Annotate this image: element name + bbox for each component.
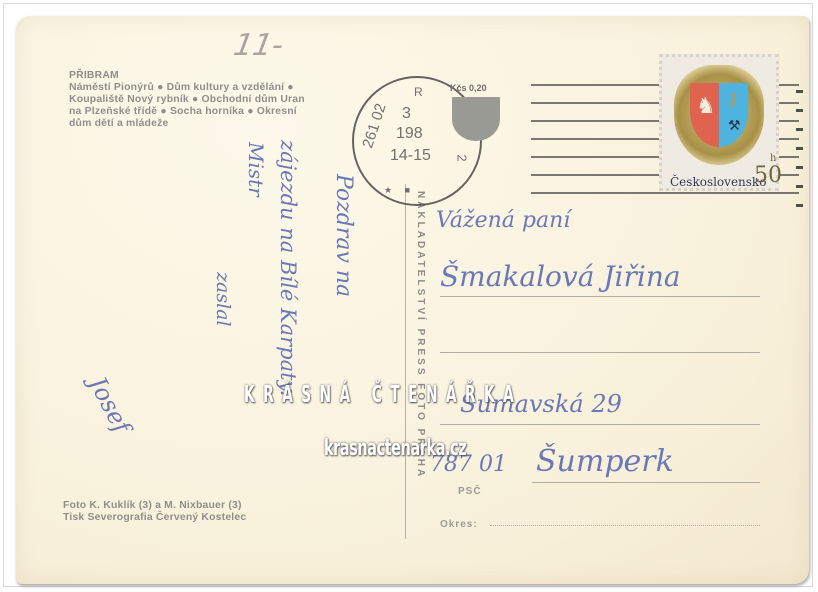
- pencil-note: 11-: [231, 28, 286, 63]
- message-line: Pozdrav na: [331, 174, 356, 297]
- postage-shield-icon: [452, 97, 500, 141]
- postage-stamp: ♞ ⚷⚒ Československo 50 h: [659, 54, 779, 191]
- signature: Josef: [83, 372, 136, 438]
- okres-line: [490, 525, 760, 526]
- postmark-place-number: 261 02: [360, 102, 389, 151]
- postmark-date-2: 198: [396, 126, 423, 142]
- postmark-side: 2: [454, 154, 470, 161]
- watermark-url: krasnactenarka.cz: [324, 436, 466, 461]
- postmark-time: 14-15: [390, 148, 431, 164]
- caption-line: Náměstí Pionýrů ● Dům kultury a vzdělání…: [69, 82, 305, 94]
- stamp-unit: h: [770, 153, 776, 164]
- postmark-top: R: [414, 84, 423, 100]
- credit-line: Foto K. Kuklík (3) a M. Nixbauer (3): [63, 500, 246, 512]
- postmark-date-1: 3: [402, 106, 411, 122]
- hammers-icon: ⚒: [728, 117, 741, 134]
- message-line: zaslal: [212, 272, 234, 327]
- caption-line: na Plzeňské třídě ● Socha horníka ● Okre…: [69, 106, 305, 118]
- photo-credits: Foto K. Kuklík (3) a M. Nixbauer (3) Tis…: [63, 500, 246, 524]
- caption-places: Náměstí Pionýrů ● Dům kultury a vzdělání…: [69, 82, 305, 130]
- address-line: [440, 296, 760, 297]
- address-line: [532, 482, 760, 483]
- watermark-title: KRÁSNÁ ČTENÁŘKA: [244, 382, 522, 408]
- postcard: 11- PŘIBRAM Náměstí Pionýrů ● Dům kultur…: [16, 16, 809, 584]
- key-icon: ⚷: [726, 89, 739, 110]
- lion-icon: ♞: [696, 95, 716, 117]
- caption-title: PŘIBRAM: [69, 70, 119, 82]
- stamp-value: 50: [754, 163, 782, 188]
- message-line: Mistr: [244, 142, 268, 197]
- cancellation-dashes: [796, 90, 803, 223]
- address-city: Šumperk: [536, 444, 674, 479]
- postage-value: Kčs 0,20: [450, 83, 487, 93]
- postmark-stars: ★ ■: [384, 182, 410, 198]
- address-salutation: Vážená paní: [436, 208, 570, 233]
- okres-label: Okres:: [440, 519, 478, 530]
- stamp-country: Československo: [670, 175, 766, 189]
- caption-line: Koupaliště Nový rybník ● Obchodní dům Ur…: [69, 94, 305, 106]
- message-line: zájezdu na Bílé Karpaty.: [276, 140, 300, 396]
- coat-of-arms-icon: ♞ ⚷⚒: [690, 83, 748, 147]
- address-line: [440, 424, 760, 425]
- postage-imprint: Kčs 0,20: [448, 83, 506, 155]
- credit-line: Tisk Severografia Červený Kostelec: [63, 512, 246, 524]
- image-frame: 11- PŘIBRAM Náměstí Pionýrů ● Dům kultur…: [3, 3, 813, 587]
- caption-line: dům dětí a mládeže: [69, 118, 305, 130]
- address-line: [440, 352, 760, 353]
- address-name: Šmakalová Jiřina: [440, 260, 681, 293]
- divider-line: [405, 184, 406, 539]
- psc-label: PSČ: [458, 486, 482, 497]
